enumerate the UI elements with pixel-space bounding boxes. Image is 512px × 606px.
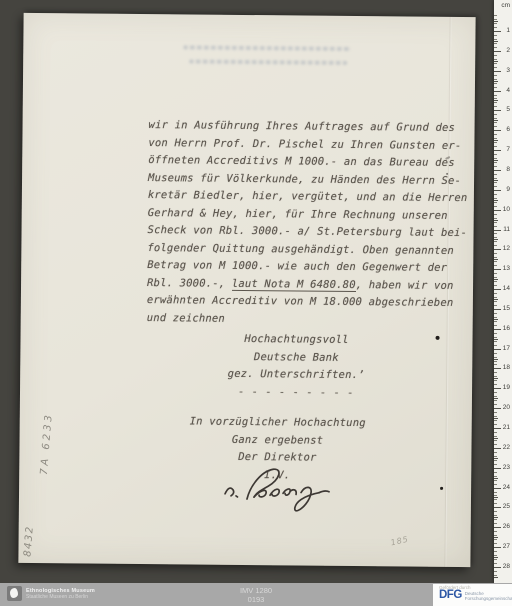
ruler-tick [494,110,501,111]
ruler-tick [494,237,497,238]
ruler-tick [494,559,497,560]
ruler-number: 2 [506,48,510,54]
ruler-tick [494,114,497,115]
ruler-tick [494,309,501,310]
ruler-tick [494,361,497,362]
ruler-tick [494,61,498,62]
ruler-tick [494,146,497,147]
ruler-tick [494,51,501,52]
ruler-tick [494,458,498,459]
ruler-tick [494,158,497,159]
ruler-tick [494,170,501,171]
ruler-number: 23 [503,465,510,471]
ruler-tick [494,511,497,512]
ruler-tick [494,126,497,127]
ruler-tick [494,174,497,175]
ink-speck [446,173,448,175]
ruler-tick [494,436,497,437]
scan-viewer: wir in Ausführung Ihres Auftrages auf Gr… [0,0,512,606]
ruler-tick [494,396,497,397]
ruler-number: 20 [503,405,510,411]
ink-speck [436,336,440,340]
ruler-number: 16 [503,326,510,332]
letter-line: öffneten Accreditivs M 1000.- an das Bur… [148,152,464,173]
ruler-tick [494,321,497,322]
ruler-tick [494,154,497,155]
ruler-tick [494,140,498,141]
closing-line: Deutsche Bank [190,348,402,368]
ruler-tick [494,67,497,68]
ruler-number: 7 [506,147,510,153]
ruler-tick [494,349,501,350]
ruler-tick [494,220,498,221]
ruler-tick [494,319,498,320]
ruler-number: 17 [503,346,510,352]
ink-speck [440,487,443,490]
ruler-tick [494,372,497,373]
ruler-tick [494,285,497,286]
margin-annotation-upper: 7A 6233 [39,379,58,476]
ruler-tick [494,202,497,203]
nota-pre: Rbl. 3000.-, [147,277,232,290]
ruler-tick [494,206,497,207]
ruler-tick [494,416,497,417]
cm-ruler: cm 1234567891011121314151617181920212223… [494,0,512,583]
ruler-tick [494,408,501,409]
nota-underlined: laut Nota M 6480.80 [232,277,356,292]
ruler-number: 19 [503,385,510,391]
ruler-tick [494,438,498,439]
ruler-tick [494,478,498,479]
ruler-tick [494,31,501,32]
ruler-tick [494,543,497,544]
ruler-tick [494,259,498,260]
ruler-tick [494,317,497,318]
ruler-tick [494,75,497,76]
ruler-tick [494,194,497,195]
ruler-tick [494,279,498,280]
ruler-tick [494,43,497,44]
ruler-tick [494,83,497,84]
ruler-tick [494,138,497,139]
ruler-number: 27 [503,544,510,550]
ruler-tick [494,468,501,469]
ruler-tick [494,19,497,20]
ruler-tick [494,305,497,306]
ruler-tick [494,428,501,429]
ruler-tick [494,39,497,40]
ruler-tick [494,503,497,504]
ruler-tick [494,71,501,72]
ruler-tick [494,539,497,540]
ruler-tick [494,535,497,536]
ruler-tick [494,557,498,558]
ruler-tick [494,337,497,338]
closing-line: gez. Unterschriften.’ [190,365,402,385]
ruler-tick [494,517,498,518]
ruler-tick [494,200,498,201]
ruler-tick [494,142,497,143]
ruler-tick [494,289,501,290]
ruler-tick [494,551,497,552]
ruler-tick [494,91,501,92]
ruler-tick [494,122,497,123]
ruler-tick [494,239,498,240]
ruler-tick [494,339,498,340]
ruler-tick [494,484,497,485]
ruler-tick [494,222,497,223]
margin-annotation-lower: 8432 [22,499,38,558]
ruler-tick [494,376,497,377]
ruler-tick [494,392,497,393]
ruler-number: 12 [503,246,510,252]
ruler-tick [494,218,497,219]
ruler-tick [494,35,497,36]
ruler-number: 25 [503,504,510,510]
ruler-tick [494,41,498,42]
ruler-tick [494,440,497,441]
ruler-tick [494,118,497,119]
ruler-number: 3 [506,68,510,74]
ruler-tick [494,398,498,399]
ruler-unit-label: cm [501,2,510,9]
ruler-tick [494,106,497,107]
ruler-tick [494,507,501,508]
ruler-tick [494,15,497,16]
ruler-number: 11 [503,227,510,233]
scanned-letter-page: wir in Ausführung Ihres Auftrages auf Gr… [18,13,475,567]
ruler-tick [494,95,497,96]
ruler-tick [494,444,497,445]
ruler-tick [494,527,501,528]
ruler-tick [494,523,497,524]
ruler-tick [494,567,501,568]
ruler-tick [494,166,497,167]
ruler-tick [494,98,497,99]
closing-bank-block: Hochachtungsvoll Deutsche Bank gez. Unte… [190,330,403,402]
nota-post: , haben wir von [356,279,454,292]
ruler-tick [494,257,497,258]
ruler-tick [494,571,497,572]
ruler-tick [494,261,497,262]
ruler-tick [494,293,497,294]
ruler-tick [494,241,497,242]
ruler-tick [494,448,501,449]
ruler-tick [494,577,498,578]
ruler-tick [494,253,497,254]
ruler-tick [494,476,497,477]
ruler-tick [494,269,501,270]
ruler-number: 1 [506,28,510,34]
ruler-tick [494,380,497,381]
dfg-full-name: DeutscheForschungsgemeinschaft [465,590,512,601]
ruler-number: 14 [503,286,510,292]
ruler-tick [494,233,497,234]
ruler-tick [494,120,498,121]
ruler-tick [494,210,501,211]
ruler-number: 13 [503,266,510,272]
dash-separator: - - - - - - - - - [190,383,402,403]
ruler-tick [494,460,497,461]
ruler-number: 28 [503,564,510,570]
ruler-number: 18 [503,365,510,371]
ruler-tick [494,249,501,250]
ruler-tick [494,499,497,500]
ruler-tick [494,519,497,520]
ruler-tick [494,404,497,405]
ruler-tick [494,333,497,334]
ruler-tick [494,134,497,135]
ruler-tick [494,21,498,22]
ruler-tick [494,180,498,181]
ruler-tick [494,364,497,365]
ruler-tick [494,79,497,80]
ruler-tick [494,299,498,300]
ruler-number: 6 [506,127,510,133]
ruler-tick [494,488,501,489]
ruler-tick [494,357,497,358]
ruler-tick [494,472,497,473]
ruler-tick [494,182,497,183]
ruler-tick [494,277,497,278]
ruler-tick [494,368,501,369]
page-number-pencil: 185 [390,534,410,547]
ruler-tick [494,480,497,481]
ruler-tick [494,432,497,433]
ruler-tick [494,464,497,465]
ruler-tick [494,345,497,346]
ruler-tick [494,59,497,60]
ruler-tick [494,563,497,564]
ruler-tick [494,547,501,548]
ruler-number: 8 [506,167,510,173]
ruler-tick [494,313,497,314]
bleed-through-text [183,45,351,51]
ruler-number: 9 [506,187,510,193]
ruler-tick [494,273,497,274]
ruler-tick [494,412,497,413]
ruler-tick [494,100,498,101]
ruler-tick [494,492,497,493]
ruler-tick [494,130,501,131]
letter-body: wir in Ausführung Ihres Auftrages auf Gr… [147,117,465,330]
ruler-number: 5 [506,107,510,113]
ruler-number: 24 [503,485,510,491]
ruler-tick [494,531,497,532]
ruler-tick [494,420,497,421]
ruler-tick [494,301,497,302]
ruler-tick [494,47,497,48]
ruler-tick [494,281,497,282]
ruler-tick [494,214,497,215]
bleed-through-text [189,59,347,65]
ruler-tick [494,325,497,326]
ruler-tick [494,87,497,88]
ruler-number: 10 [503,207,510,213]
letter-line: und zeichnen [147,310,463,331]
dfg-logo: Gefördert durch DFG DeutscheForschungsge… [433,584,512,606]
signature-scribble [219,464,349,517]
closing-line: Ganz ergebenst [171,431,383,451]
ruler-number: 15 [503,306,510,312]
ruler-tick [494,388,501,389]
ruler-tick [494,384,497,385]
ruler-tick [494,230,501,231]
closing-line: Hochachtungsvoll [190,330,402,350]
ruler-tick [494,555,497,556]
ruler-tick [494,456,497,457]
ruler-tick [494,515,497,516]
archive-footer-bar: Ethnologisches Museum Staatliche Museen … [0,583,512,606]
ruler-tick [494,27,497,28]
ruler-tick [494,160,498,161]
ruler-tick [494,341,497,342]
dfg-acronym: DFG [439,590,462,601]
ruler-tick [494,378,498,379]
ruler-tick [494,162,497,163]
ruler-tick [494,400,497,401]
ruler-tick [494,537,498,538]
ruler-tick [494,452,497,453]
ruler-tick [494,245,497,246]
ruler-tick [494,359,498,360]
closing-line: In vorzüglicher Hochachtung [172,413,384,433]
ruler-tick [494,495,497,496]
ruler-tick [494,150,501,151]
ruler-tick [494,353,497,354]
ruler-number: 22 [503,445,510,451]
ruler-number: 26 [503,524,510,530]
ruler-tick [494,226,497,227]
ruler-tick [494,329,501,330]
ruler-tick [494,265,497,266]
ruler-tick [494,55,497,56]
ruler-tick [494,497,498,498]
ruler-tick [494,575,497,576]
ruler-tick [494,297,497,298]
ruler-tick [494,81,498,82]
ruler-number: 21 [503,425,510,431]
ruler-tick [494,424,497,425]
ruler-tick [494,102,497,103]
ruler-tick [494,186,497,187]
ruler-tick [494,198,497,199]
ruler-tick [494,23,497,24]
ruler-tick [494,418,498,419]
ruler-number: 4 [506,88,510,94]
ruler-tick [494,63,497,64]
ruler-tick [494,178,497,179]
ruler-tick [494,190,501,191]
